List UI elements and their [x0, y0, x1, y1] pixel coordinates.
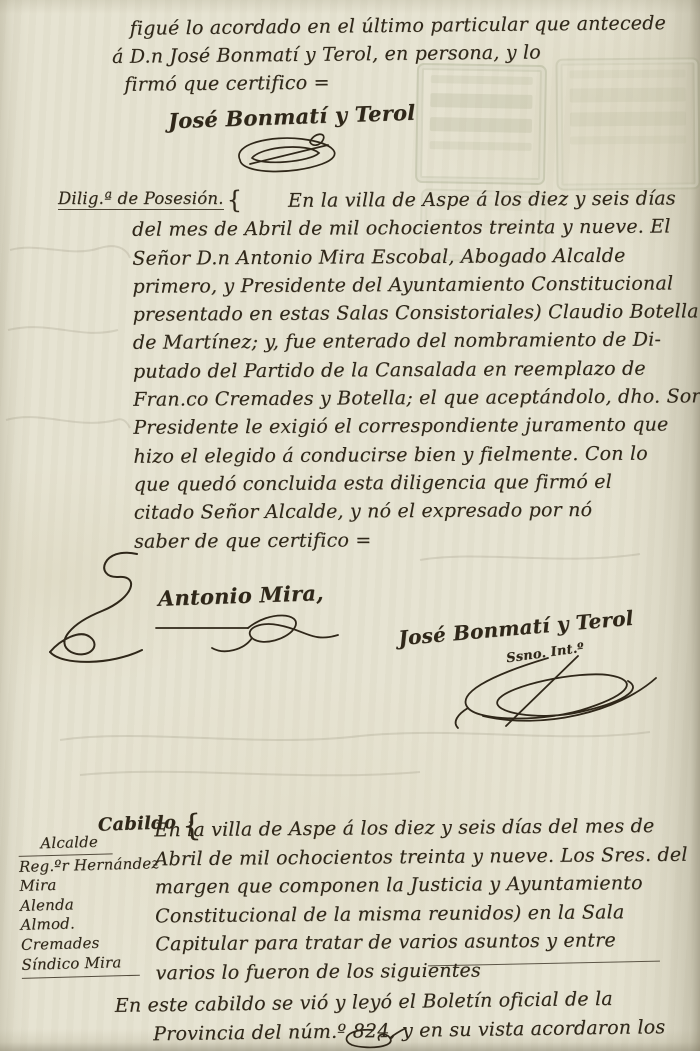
manuscript-line: Constitucional de la misma reunidos) en … — [155, 897, 688, 930]
manuscript-line: Señor D.n Antonio Mira Escobal, Abogado … — [132, 241, 700, 273]
closing-note: figué lo acordado en el último particula… — [112, 9, 667, 99]
manuscript-line: primero, y Presidente del Ayuntamiento C… — [132, 269, 700, 301]
signature-rubric-large — [428, 650, 658, 735]
manuscript-line: Alcalde — [18, 832, 112, 856]
signature-rubric — [152, 608, 342, 663]
manuscript-line: saber de que certifico = — [134, 524, 700, 556]
manuscript-line: presentado en estas Salas Consistoriales… — [133, 297, 700, 329]
manuscript-line: de Martínez; y, fue enterado del nombram… — [133, 326, 700, 358]
manuscript-line: Cremades — [21, 932, 162, 955]
manuscript-page: figué lo acordado en el último particula… — [0, 0, 700, 1051]
manuscript-line: En la villa de Aspe á los diez y seis dí… — [154, 812, 687, 845]
manuscript-line: firmó que certifico = — [112, 65, 667, 99]
manuscript-line: hizo el elegido á conducirse bien y fiel… — [133, 439, 700, 471]
manuscript-line: Capitular para tratar de varios asuntos … — [155, 926, 688, 959]
signature-antonio-mira: Antonio Mira, — [158, 580, 324, 611]
margin-attendee-list: AlcaldeReg.ºr HernándezMiraAlendaAlmod.C… — [18, 831, 162, 979]
small-rubric — [338, 1026, 408, 1050]
manuscript-line: Reg.ºr Hernández — [19, 854, 160, 877]
signature-jose-bonmati-bottom: José Bonmatí y Terol — [397, 606, 634, 650]
manuscript-line: figué lo acordado en el último particula… — [112, 9, 667, 43]
manuscript-line: Abril de mil ochocientos treinta y nueve… — [155, 840, 688, 873]
manuscript-line: Fran.co Cremades y Botella; el que acept… — [133, 382, 700, 414]
manuscript-line: del mes de Abril de mil ochocientos trei… — [132, 213, 700, 245]
signature-rubric — [222, 130, 352, 178]
manuscript-line: que quedó concluida esta diligencia que … — [134, 467, 700, 499]
signature-jose-bonmati-top: José Bonmatí y Terol — [168, 100, 416, 134]
manuscript-line: citado Señor Alcalde, y nó el expresado … — [134, 496, 700, 528]
manuscript-line: margen que componen la Justicia y Ayunta… — [155, 869, 688, 902]
manuscript-line: varios lo fueron de los siguientes — [156, 955, 689, 988]
manuscript-line: putado del Partido de la Cansalada en re… — [133, 354, 700, 386]
manuscript-line: Presidente le exigió el correspondiente … — [133, 411, 700, 443]
diligencia-body: En la villa de Aspe á los diez y seis dí… — [132, 184, 700, 555]
manuscript-line: Síndico Mira — [21, 952, 140, 979]
manuscript-line: En la villa de Aspe á los diez y seis dí… — [132, 184, 700, 216]
